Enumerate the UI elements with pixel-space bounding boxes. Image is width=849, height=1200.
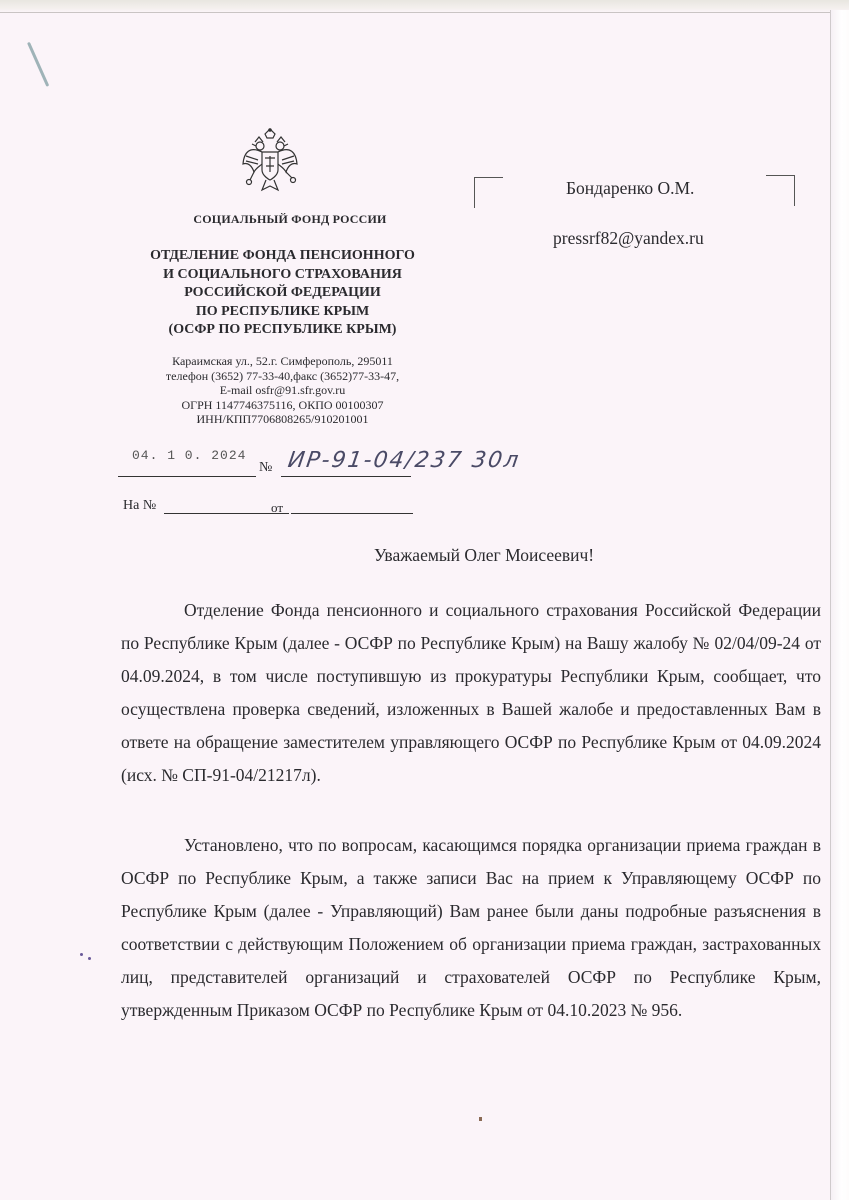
paper-speck (479, 1117, 482, 1121)
sender-organization-title: ОТДЕЛЕНИЕ ФОНДА ПЕНСИОННОГО И СОЦИАЛЬНОГ… (130, 247, 435, 340)
staple-mark (27, 42, 49, 87)
scan-right-edge (830, 10, 849, 1200)
date-underline (118, 476, 256, 477)
sender-inn-kpp: ИНН/КПП7706808265/910201001 (130, 412, 435, 427)
sender-phone-fax: телефон (3652) 77-33-40,факс (3652)77-33… (130, 369, 435, 384)
parent-organization: СОЦИАЛЬНЫЙ ФОНД РОССИИ (140, 212, 440, 227)
salutation: Уважаемый Олег Моисеевич! (374, 545, 594, 566)
org-title-line: ОТДЕЛЕНИЕ ФОНДА ПЕНСИОННОГО (130, 247, 435, 266)
address-corner-bracket-left (474, 177, 503, 208)
reply-from-label: от (271, 500, 283, 516)
sender-address: Караимская ул., 52.г. Симферополь, 29501… (130, 354, 435, 369)
org-title-line: И СОЦИАЛЬНОГО СТРАХОВАНИЯ (130, 266, 435, 285)
org-title-line: (ОСФР ПО РЕСПУБЛИКЕ КРЫМ) (130, 321, 435, 340)
registration-number-handwritten: ИР-91-04/237 30л (286, 448, 522, 473)
org-title-line: РОССИЙСКОЙ ФЕДЕРАЦИИ (130, 284, 435, 303)
ink-speck (88, 957, 91, 960)
registration-date-stamp: 04. 1 0. 2024 (132, 448, 246, 463)
body-paragraph: Установлено, что по вопросам, касающимся… (121, 829, 821, 1027)
registration-line: 04. 1 0. 2024 № ИР-91-04/237 30л (118, 448, 578, 478)
scan-top-edge (0, 0, 849, 13)
reply-from-blank (291, 513, 413, 514)
sender-email: E-mail osfr@91.sfr.gov.ru (130, 383, 435, 398)
ink-speck (80, 953, 83, 956)
sender-contacts: Караимская ул., 52.г. Симферополь, 29501… (130, 354, 435, 427)
reply-reference-line: На № от (123, 498, 423, 518)
paragraph-text: Установлено, что по вопросам, касающимся… (121, 835, 821, 1020)
recipient-email: pressrf82@yandex.ru (553, 228, 704, 249)
org-title-line: ПО РЕСПУБЛИКЕ КРЫМ (130, 303, 435, 322)
russian-coat-of-arms-icon (240, 128, 300, 198)
recipient-name: Бондаренко О.М. (566, 178, 694, 199)
reply-to-number-label: На № (123, 498, 156, 514)
paragraph-text: Отделение Фонда пенсионного и социальног… (121, 600, 821, 785)
number-underline (281, 476, 411, 477)
body-paragraph: Отделение Фонда пенсионного и социальног… (121, 594, 821, 792)
sender-ogrn-okpo: ОГРН 1147746375116, ОКПО 00100307 (130, 398, 435, 413)
registration-number-label: № (259, 460, 272, 476)
address-corner-bracket-right (766, 175, 795, 206)
